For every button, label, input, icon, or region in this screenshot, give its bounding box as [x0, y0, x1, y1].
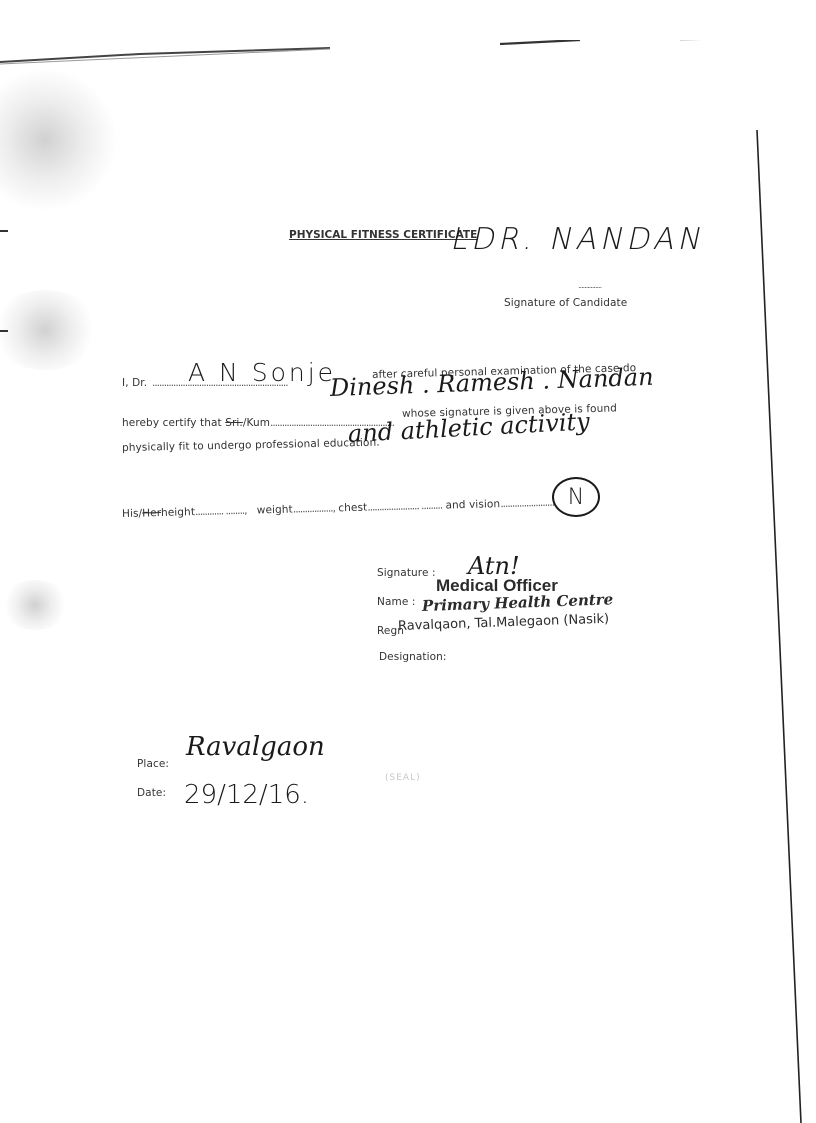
candidate-signature-line: ...............: [578, 281, 601, 290]
scan-mark: [0, 230, 8, 232]
certify-prefix: hereby certify that: [122, 417, 222, 429]
struck-her: Her: [142, 507, 161, 519]
doctor-prefix: I, Dr.: [122, 377, 147, 389]
weight-label: weight: [257, 504, 293, 517]
vision-circle: N: [552, 477, 600, 517]
stamp-address: Ravalqaon, Tal.Malegaon (Nasik): [398, 612, 610, 634]
scan-edge-right: [755, 130, 815, 1123]
vision-value: N: [568, 485, 584, 510]
officer-signature-label: Signature :: [377, 567, 436, 579]
place-value: Ravalgaon: [186, 732, 325, 762]
scan-mark: [0, 330, 8, 332]
officer-designation-label: Designation:: [379, 651, 447, 663]
scan-noise: [0, 580, 70, 630]
scan-edge-top: [0, 40, 780, 80]
document-title: PHYSICAL FITNESS CERTIFICATE: [289, 229, 477, 241]
candidate-signature-label: Signature of Candidate: [504, 297, 627, 309]
date-label: Date:: [137, 787, 166, 799]
measurements-line: His/Herheight............ ........, weig…: [122, 497, 554, 520]
additional-activity: and athletic activity: [347, 407, 590, 448]
officer-name-label: Name :: [377, 596, 415, 608]
candidate-signature: LDR. NANDAN: [448, 222, 709, 257]
height-label: height: [161, 506, 195, 519]
his-label: His/: [122, 507, 143, 520]
date-value: 29/12/16.: [184, 780, 309, 810]
scan-noise: [0, 70, 120, 210]
seal-placeholder: (SEAL): [385, 773, 421, 783]
place-label: Place:: [137, 758, 169, 770]
vision-label: and vision: [445, 498, 500, 511]
kum-label: /Kum: [243, 417, 270, 429]
doctor-name: A N Sonje: [188, 358, 336, 387]
struck-sri: Sri.: [225, 417, 243, 429]
certify-text-3: physically fit to undergo professional e…: [122, 437, 380, 454]
chest-label: chest: [338, 502, 367, 515]
scan-noise: [0, 290, 100, 370]
